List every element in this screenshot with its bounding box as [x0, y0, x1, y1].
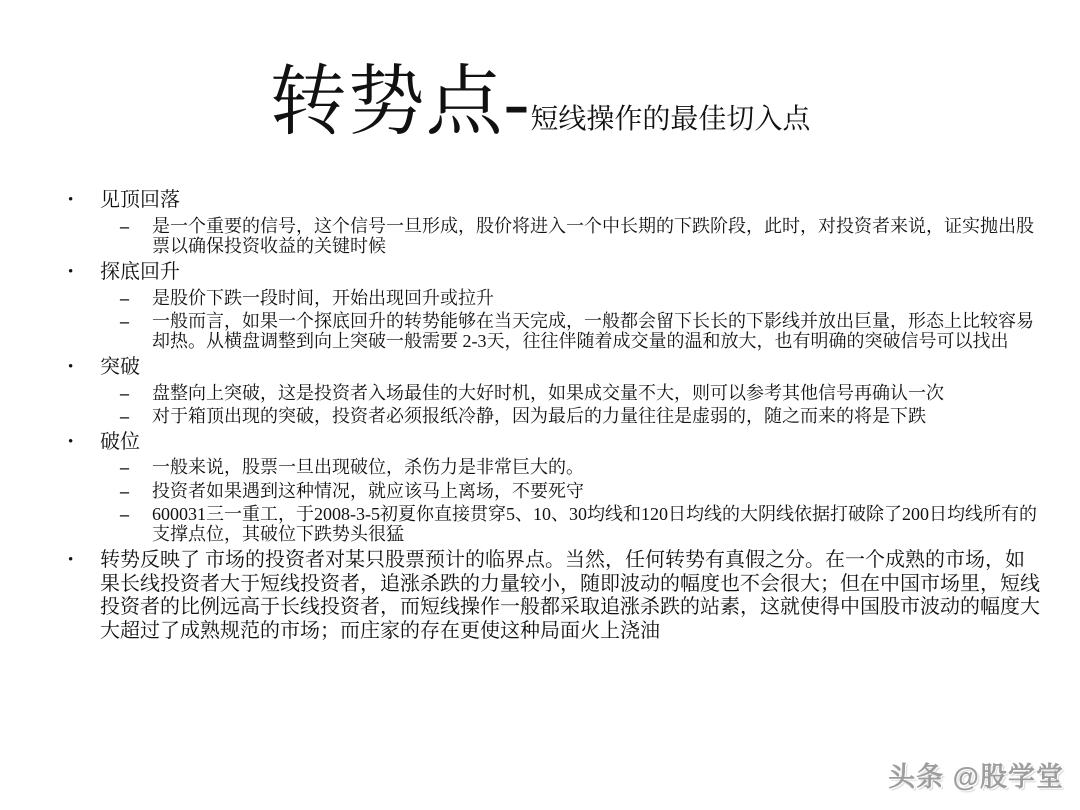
sub-item-text: 600031三一重工，于2008-3-5初夏你直接贯穿5、10、30均线和120… — [152, 504, 1044, 544]
sub-item: –一般来说，股票一旦出现破位，杀伤力是非常巨大的。 — [120, 457, 1044, 477]
sub-item: –投资者如果遇到这种情况，就应该马上离场，不要死守 — [120, 481, 1044, 501]
sub-item: –是一个重要的信号，这个信号一旦形成，股价将进入一个中长期的下跌阶段，此时，对投… — [120, 216, 1044, 256]
dash-icon: – — [120, 216, 152, 236]
section-heading: 见顶回落 — [100, 189, 1044, 213]
watermark: 头条 @股学堂 — [888, 755, 1064, 794]
sub-item-text: 是一个重要的信号，这个信号一旦形成，股价将进入一个中长期的下跌阶段，此时，对投资… — [152, 216, 1044, 256]
bullet-icon: • — [68, 189, 100, 210]
section-heading: 转势反映了 市场的投资者对某只股票预计的临界点。当然，任何转势有真假之分。在一个… — [100, 549, 1044, 643]
section: •见顶回落–是一个重要的信号，这个信号一旦形成，股价将进入一个中长期的下跌阶段，… — [68, 189, 1044, 256]
section-row: •探底回升 — [68, 261, 1044, 285]
sub-item: –盘整向上突破，这是投资者入场最佳的大好时机，如果成交量不大，则可以参考其他信号… — [120, 383, 1044, 403]
title-main: 转势点- — [270, 59, 531, 145]
section: •破位–一般来说，股票一旦出现破位，杀伤力是非常巨大的。–投资者如果遇到这种情况… — [68, 431, 1044, 544]
title-subtitle: 短线操作的最佳切入点 — [530, 104, 810, 135]
section-heading: 破位 — [100, 431, 1044, 455]
sub-item: –一般而言，如果一个探底回升的转势能够在当天完成，一般都会留下长长的下影线并放出… — [120, 311, 1044, 351]
sub-item-text: 投资者如果遇到这种情况，就应该马上离场，不要死守 — [152, 481, 1044, 501]
sub-item-text: 是股价下跌一段时间，开始出现回升或拉升 — [152, 288, 1044, 308]
sub-item: –600031三一重工，于2008-3-5初夏你直接贯穿5、10、30均线和12… — [120, 504, 1044, 544]
bullet-icon: • — [68, 431, 100, 452]
presentation-slide: 转势点-短线操作的最佳切入点 •见顶回落–是一个重要的信号，这个信号一旦形成，股… — [0, 0, 1080, 810]
dash-icon: – — [120, 288, 152, 308]
bullet-icon: • — [68, 261, 100, 282]
section: •转势反映了 市场的投资者对某只股票预计的临界点。当然，任何转势有真假之分。在一… — [68, 549, 1044, 643]
dash-icon: – — [120, 481, 152, 501]
dash-icon: – — [120, 406, 152, 426]
bullet-list: •见顶回落–是一个重要的信号，这个信号一旦形成，股价将进入一个中长期的下跌阶段，… — [68, 184, 1044, 643]
bullet-icon: • — [68, 356, 100, 377]
dash-icon: – — [120, 457, 152, 477]
page-title: 转势点-短线操作的最佳切入点 — [0, 40, 1080, 151]
sub-item-text: 一般来说，股票一旦出现破位，杀伤力是非常巨大的。 — [152, 457, 1044, 477]
section-heading: 突破 — [100, 356, 1044, 380]
section-heading: 探底回升 — [100, 261, 1044, 285]
section-row: •破位 — [68, 431, 1044, 455]
section: •突破–盘整向上突破，这是投资者入场最佳的大好时机，如果成交量不大，则可以参考其… — [68, 356, 1044, 426]
section-row: •见顶回落 — [68, 189, 1044, 213]
sub-item-text: 一般而言，如果一个探底回升的转势能够在当天完成，一般都会留下长长的下影线并放出巨… — [152, 311, 1044, 351]
section: •探底回升–是股价下跌一段时间，开始出现回升或拉升–一般而言，如果一个探底回升的… — [68, 261, 1044, 351]
sub-item-text: 对于箱顶出现的突破，投资者必须报纸冷静，因为最后的力量往往是虚弱的，随之而来的将… — [152, 406, 1044, 426]
section-row: •转势反映了 市场的投资者对某只股票预计的临界点。当然，任何转势有真假之分。在一… — [68, 549, 1044, 643]
dash-icon: – — [120, 504, 152, 524]
sub-item: –是股价下跌一段时间，开始出现回升或拉升 — [120, 288, 1044, 308]
sub-item-text: 盘整向上突破，这是投资者入场最佳的大好时机，如果成交量不大，则可以参考其他信号再… — [152, 383, 1044, 403]
bullet-icon: • — [68, 549, 100, 570]
dash-icon: – — [120, 383, 152, 403]
sub-item: –对于箱顶出现的突破，投资者必须报纸冷静，因为最后的力量往往是虚弱的，随之而来的… — [120, 406, 1044, 426]
section-row: •突破 — [68, 356, 1044, 380]
dash-icon: – — [120, 311, 152, 331]
